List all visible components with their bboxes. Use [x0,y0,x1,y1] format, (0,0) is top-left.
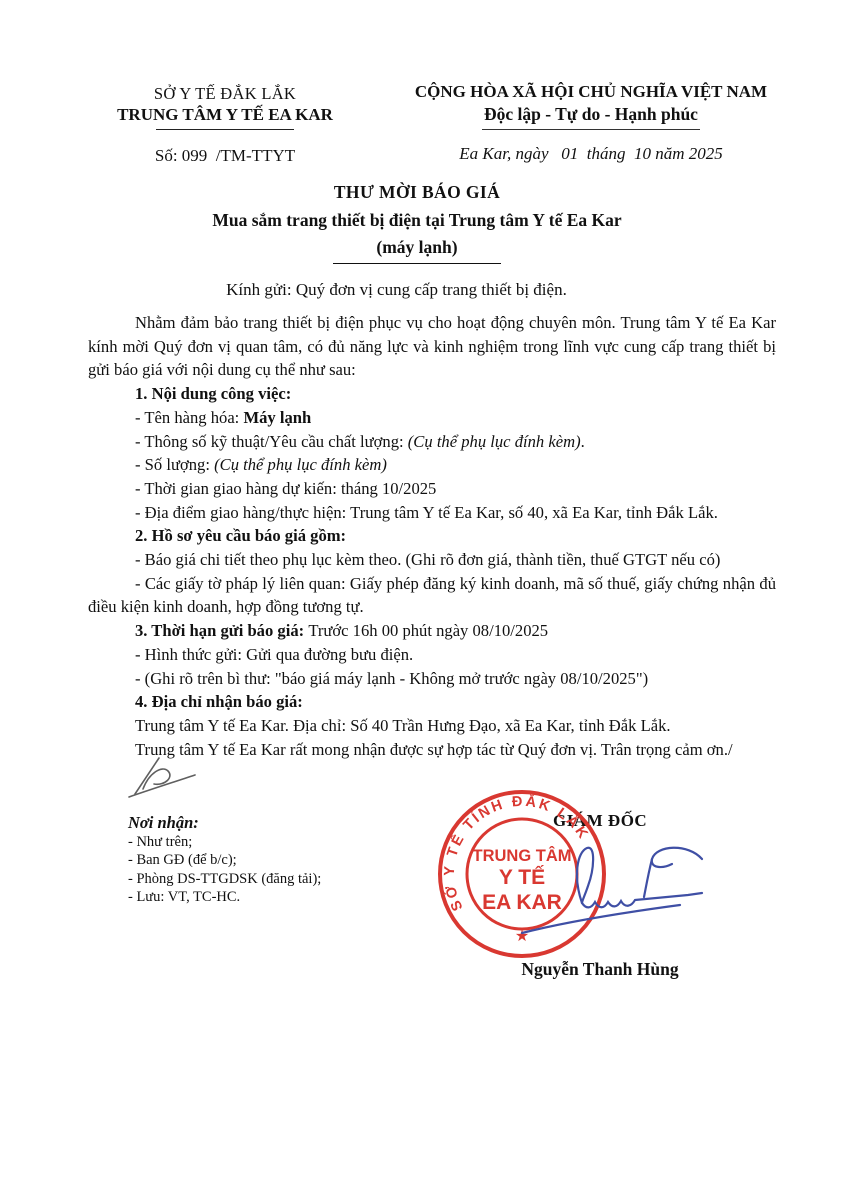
body-text-segment: . [581,432,585,451]
body-text-segment: 4. Địa chỉ nhận báo giá: [135,692,303,711]
body-paragraph: - (Ghi rõ trên bì thư: "báo giá máy lạnh… [88,667,776,691]
document-page: SỞ Y TẾ ĐẮK LẮK TRUNG TÂM Y TẾ EA KAR Số… [0,0,849,1200]
recipient-item: - Ban GĐ (để b/c); [128,851,321,869]
document-body: Nhằm đảm bảo trang thiết bị điện phục vụ… [88,311,776,761]
body-text-segment: Trước 16h 00 phút ngày 08/10/2025 [308,621,548,640]
body-text-segment: - Thông số kỹ thuật/Yêu cầu chất lượng: [135,432,408,451]
body-text-segment: (Cụ thể phụ lục đính kèm) [408,432,581,451]
body-paragraph: - Các giấy tờ pháp lý liên quan: Giấy ph… [88,572,776,619]
body-paragraph: - Hình thức gửi: Gửi qua đường bưu điện. [88,643,776,667]
body-text-segment: (Cụ thể phụ lục đính kèm) [214,455,387,474]
body-text-segment: - Số lượng: [135,455,214,474]
body-paragraph: - Địa điểm giao hàng/thực hiện: Trung tâ… [88,501,776,525]
recipients-block: Nơi nhận: - Như trên; - Ban GĐ (để b/c);… [128,813,321,907]
body-text-segment: - Thời gian giao hàng dự kiến: tháng 10/… [135,479,436,498]
body-text-segment: - (Ghi rõ trên bì thư: "báo giá máy lạnh… [135,669,648,688]
title-block: THƯ MỜI BÁO GIÁ Mua sắm trang thiết bị đ… [0,182,834,264]
body-paragraph: - Tên hàng hóa: Máy lạnh [88,406,776,430]
national-motto-line2: Độc lập - Tự do - Hạnh phúc [398,104,784,125]
doc-subtitle: Mua sắm trang thiết bị điện tại Trung tâ… [0,210,834,231]
body-text-segment: - Các giấy tờ pháp lý liên quan: Giấy ph… [88,574,776,617]
body-text-segment: Máy lạnh [243,408,311,427]
doc-subtitle-2: (máy lạnh) [0,237,834,258]
body-paragraph: - Thông số kỹ thuật/Yêu cầu chất lượng: … [88,430,776,454]
body-paragraph: - Thời gian giao hàng dự kiến: tháng 10/… [88,477,776,501]
body-text-segment: 3. Thời hạn gửi báo giá: [135,621,308,640]
body-text-segment: - Tên hàng hóa: [135,408,243,427]
national-motto-line1: CỘNG HÒA XÃ HỘI CHỦ NGHĨA VIỆT NAM [398,82,784,102]
body-text-segment: - Địa điểm giao hàng/thực hiện: Trung tâ… [135,503,718,522]
salutation: Kính gửi: Quý đơn vị cung cấp trang thiế… [0,280,793,300]
org-header: SỞ Y TẾ ĐẮK LẮK TRUNG TÂM Y TẾ EA KAR Số… [60,84,390,166]
recipient-item: - Như trên; [128,833,321,851]
body-text-segment: Trung tâm Y tế Ea Kar. Địa chỉ: Số 40 Tr… [135,716,671,735]
signer-name: Nguyễn Thanh Hùng [480,959,720,980]
doc-title: THƯ MỜI BÁO GIÁ [0,182,834,203]
body-paragraph: - Số lượng: (Cụ thể phụ lục đính kèm) [88,453,776,477]
national-header: CỘNG HÒA XÃ HỘI CHỦ NGHĨA VIỆT NAM Độc l… [398,82,784,164]
doc-number: Số: 099 /TM-TTYT [60,146,390,166]
body-text-segment: 2. Hồ sơ yêu cầu báo giá gồm: [135,526,346,545]
body-text-segment: - Hình thức gửi: Gửi qua đường bưu điện. [135,645,413,664]
body-paragraph: 4. Địa chỉ nhận báo giá: [88,690,776,714]
body-text-segment: - Báo giá chi tiết theo phụ lục kèm theo… [135,550,720,569]
body-text-segment: Trung tâm Y tế Ea Kar rất mong nhận được… [135,740,733,759]
recipient-item: - Lưu: VT, TC-HC. [128,888,321,906]
org-parent-name: SỞ Y TẾ ĐẮK LẮK [60,84,390,104]
date-line: Ea Kar, ngày 01 tháng 10 năm 2025 [398,144,784,164]
recipient-item: - Phòng DS-TTGDSK (đăng tải); [128,870,321,888]
motto-underline [482,129,700,130]
body-paragraph: 3. Thời hạn gửi báo giá: Trước 16h 00 ph… [88,619,776,643]
body-paragraph: 2. Hồ sơ yêu cầu báo giá gồm: [88,524,776,548]
body-text-segment: 1. Nội dung công việc: [135,384,291,403]
body-text-segment: Nhằm đảm bảo trang thiết bị điện phục vụ… [88,313,776,379]
body-paragraph: - Báo giá chi tiết theo phụ lục kèm theo… [88,548,776,572]
signature-ink [520,835,710,940]
body-paragraph: 1. Nội dung công việc: [88,382,776,406]
title-underline [333,263,501,264]
org-name: TRUNG TÂM Y TẾ EA KAR [60,105,390,125]
org-header-underline [156,129,294,130]
handwritten-initials-mark [127,752,199,798]
body-paragraph: Trung tâm Y tế Ea Kar. Địa chỉ: Số 40 Tr… [88,714,776,738]
recipients-heading: Nơi nhận: [128,813,321,833]
body-paragraph: Nhằm đảm bảo trang thiết bị điện phục vụ… [88,311,776,382]
